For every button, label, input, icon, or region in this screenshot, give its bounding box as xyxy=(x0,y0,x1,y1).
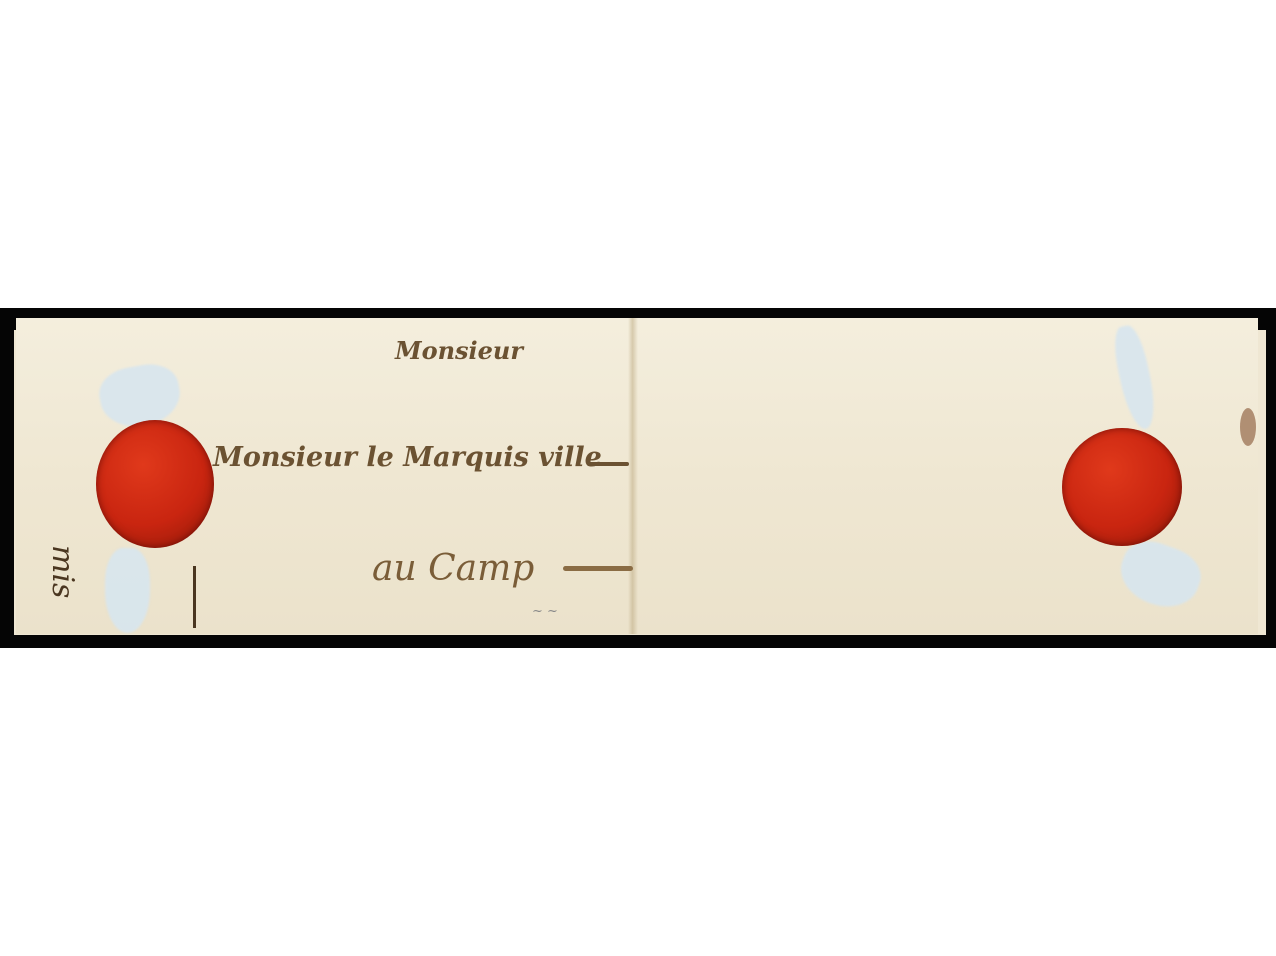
red-wax-seal-right xyxy=(1062,428,1182,546)
red-wax-seal-left xyxy=(96,420,214,548)
address-line-2: Monsieur le Marquis ville xyxy=(213,442,602,473)
ink-flourish-dash xyxy=(587,462,629,466)
pencil-note: ~ ~ xyxy=(532,604,558,619)
wax-stain xyxy=(1240,408,1256,446)
paper-fold-crease xyxy=(628,318,638,634)
margin-ink-mark: mis xyxy=(45,545,80,598)
ink-flourish-dash xyxy=(563,566,633,571)
margin-ink-stroke xyxy=(193,566,196,628)
silk-thread xyxy=(105,548,150,633)
address-line-1: Monsieur xyxy=(395,336,523,365)
address-line-3: au Camp xyxy=(372,548,534,589)
